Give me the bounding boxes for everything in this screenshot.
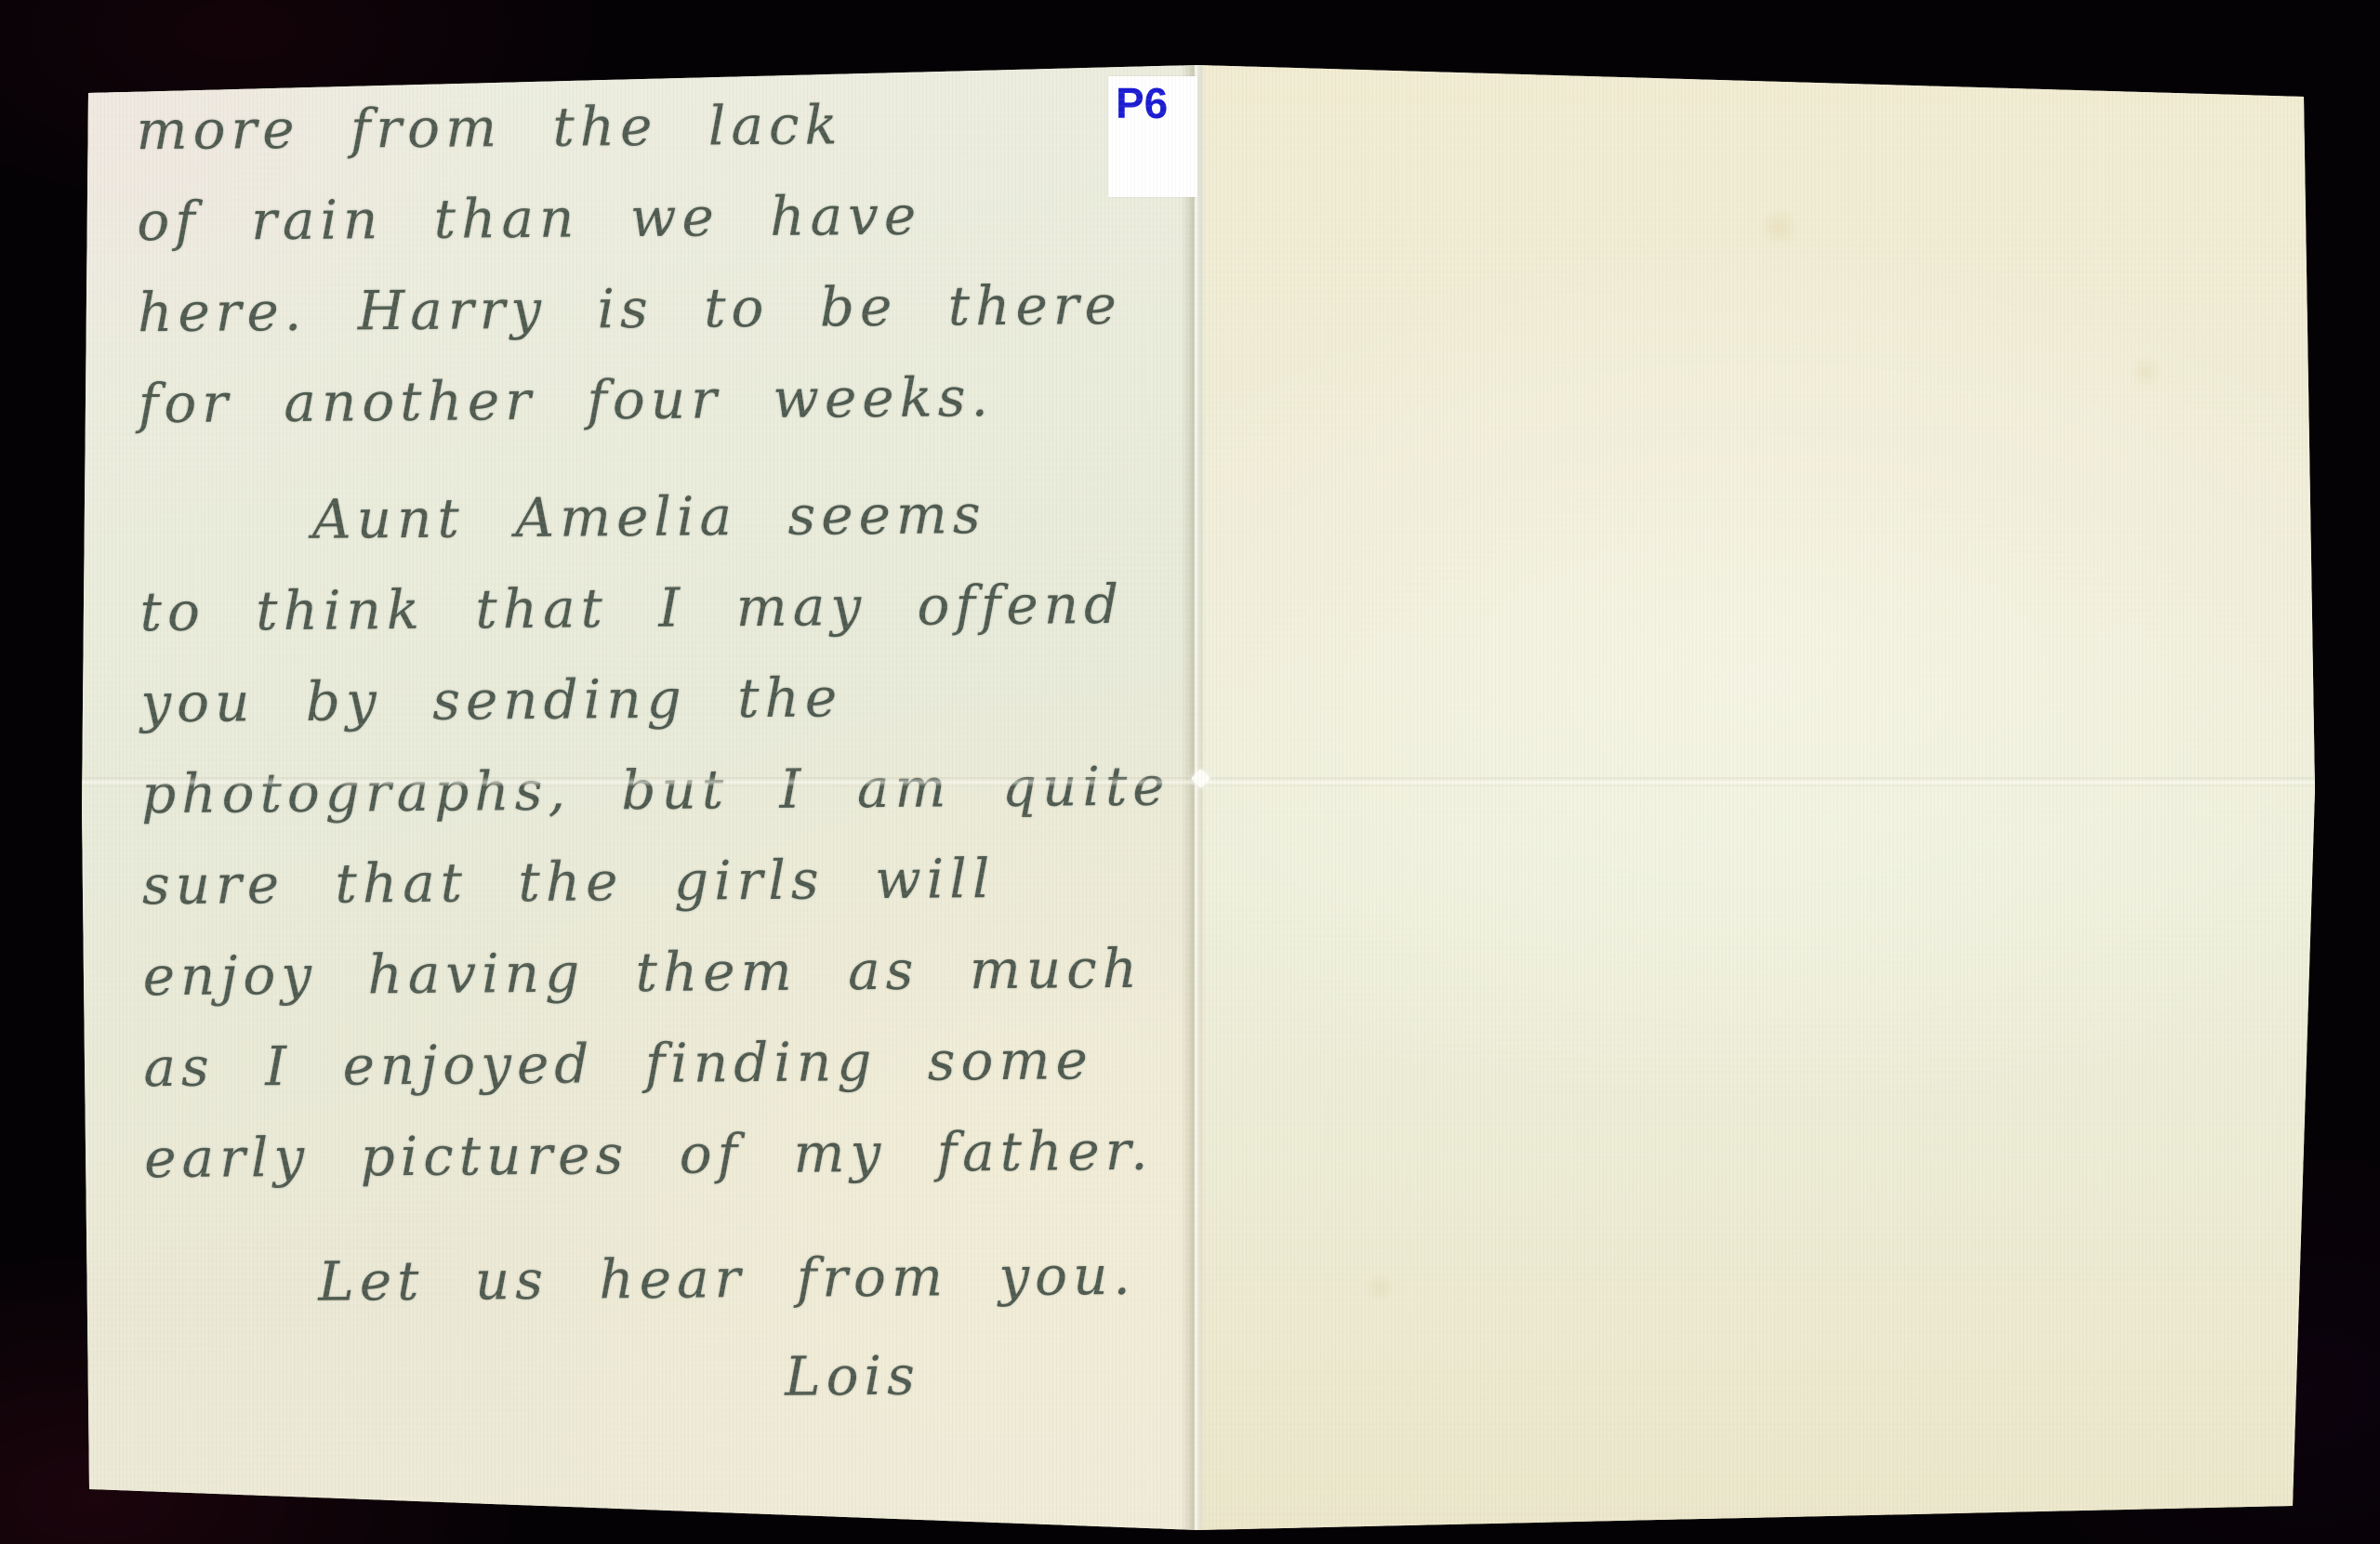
handwriting-line-5: Aunt Amelia seems — [312, 482, 986, 551]
handwriting-line-1: more from the lack — [136, 93, 843, 162]
scanner-bed-background: more from the lack of rain than we have … — [0, 0, 2380, 1544]
handwriting-line-4: for another four weeks. — [139, 365, 995, 435]
handwriting-line-9: sure that the girls will — [142, 847, 996, 917]
handwriting-line-8: photographs, but I am quite — [141, 755, 1170, 826]
page-label: P6 — [1116, 78, 1168, 128]
handwriting-line-6: to think that I may offend — [139, 573, 1124, 643]
center-fold-crease — [1181, 65, 1205, 1532]
page-label-sticker: P6 — [1108, 76, 1197, 197]
letter-page-left: more from the lack of rain than we have … — [82, 65, 1203, 1532]
letter-sheet: more from the lack of rain than we have … — [82, 65, 2315, 1532]
handwriting-line-11: as I enjoyed finding some — [143, 1028, 1093, 1099]
handwriting-line-3: here. Harry is to be there — [138, 273, 1122, 344]
handwriting-line-2: of rain than we have — [137, 184, 921, 254]
handwriting-block: more from the lack of rain than we have … — [82, 60, 1214, 1536]
handwriting-line-10: enjoy having them as much — [142, 937, 1143, 1008]
handwriting-signature: Lois — [785, 1344, 920, 1408]
handwriting-line-12: early pictures of my father. — [144, 1119, 1154, 1191]
letter-page-right — [1203, 65, 2315, 1532]
handwriting-line-13: Let us hear from you. — [318, 1244, 1136, 1313]
handwriting-line-7: you by sending the — [140, 666, 842, 734]
